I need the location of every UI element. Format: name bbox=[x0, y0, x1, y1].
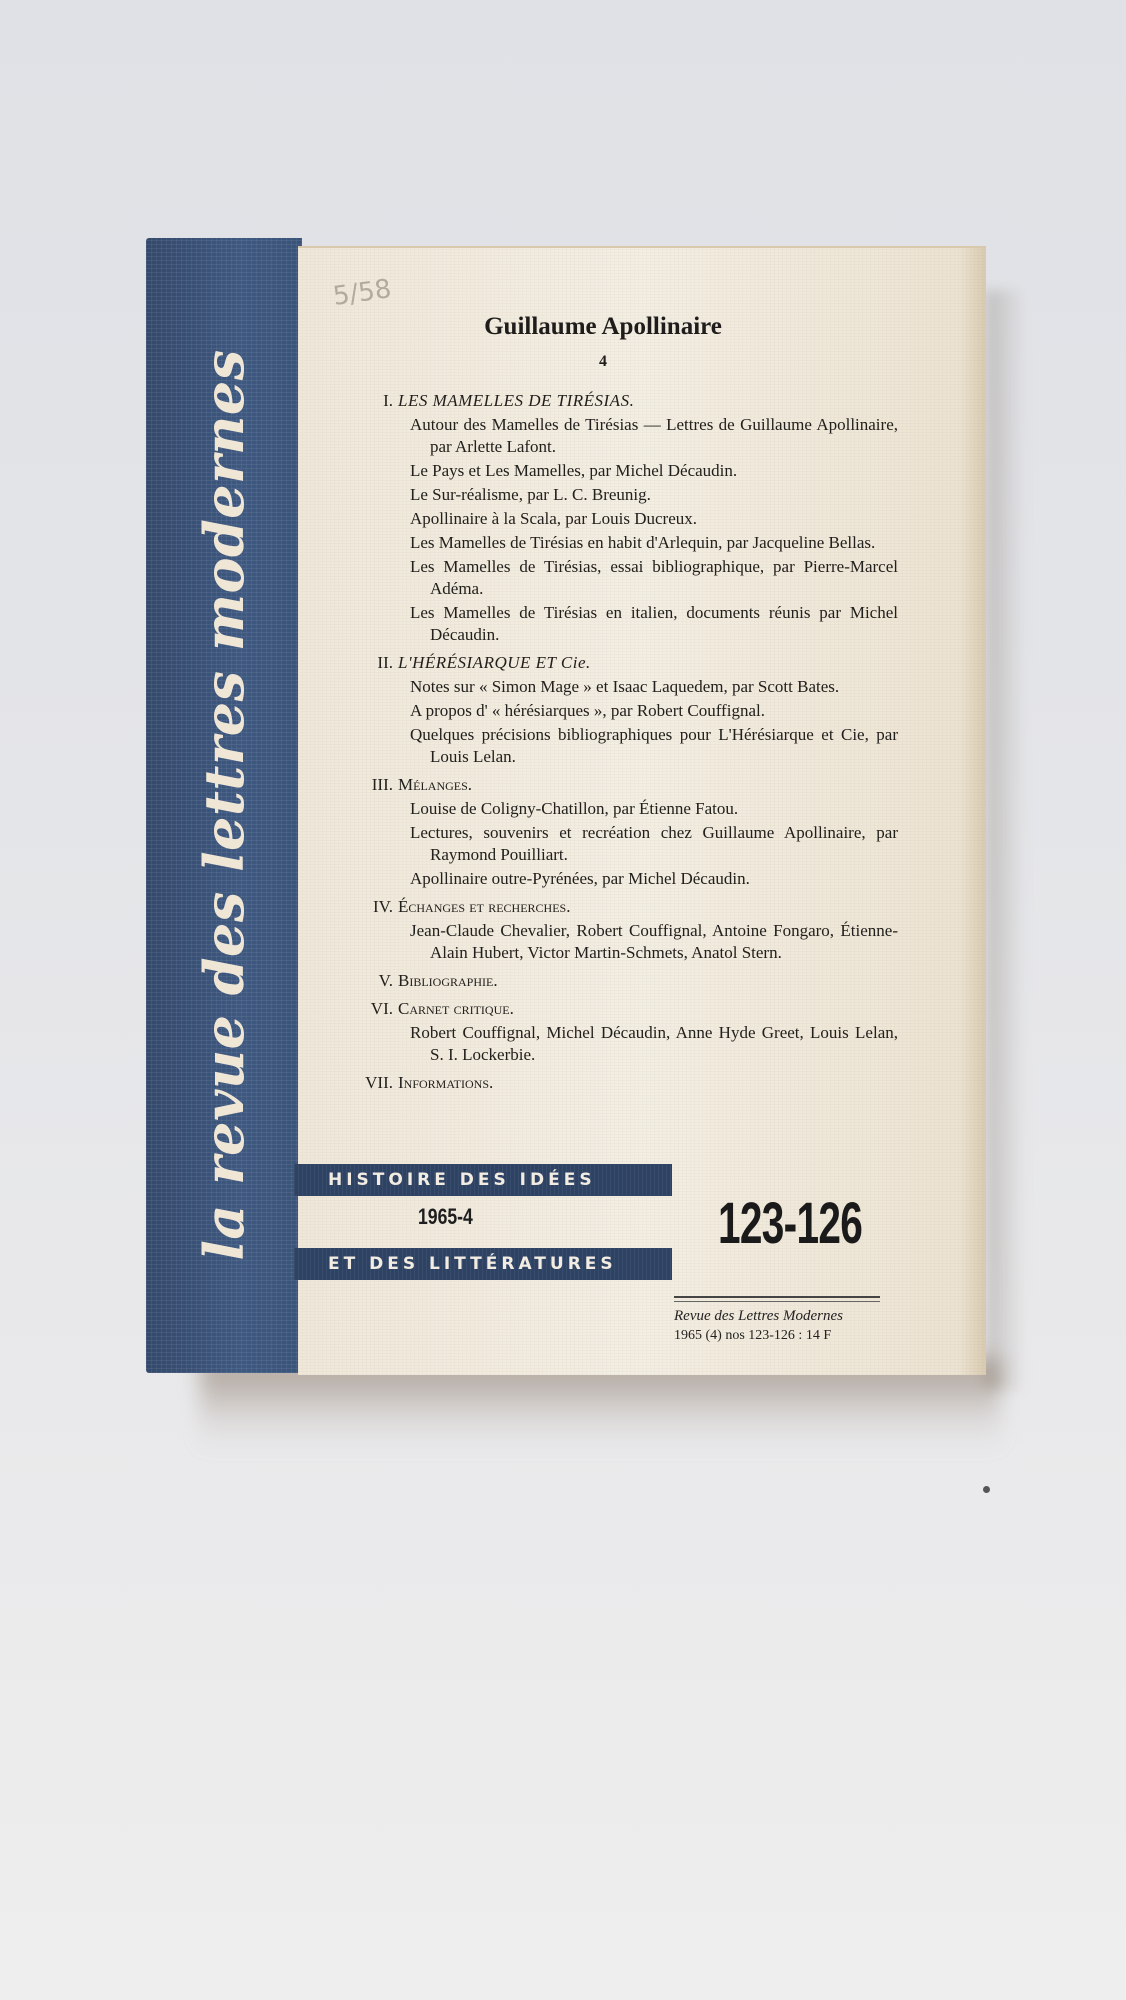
section-title: Carnet critique. bbox=[398, 999, 514, 1018]
section-title: Bibliographie. bbox=[398, 971, 498, 990]
toc-section-heading: I.LES MAMELLES DE TIRÉSIAS. bbox=[338, 390, 898, 412]
toc-entry: Les Mamelles de Tirésias, essai bibliogr… bbox=[410, 556, 898, 600]
section-number: VI. bbox=[338, 998, 393, 1020]
book: la revue des lettres modernes 5/58 Guill… bbox=[146, 238, 986, 1373]
toc-entry: Louise de Coligny-Chatillon, par Étienne… bbox=[410, 798, 898, 820]
toc-section: V.Bibliographie. bbox=[338, 970, 898, 992]
toc-entry: Les Mamelles de Tirésias en habit d'Arle… bbox=[410, 532, 898, 554]
section-title: L'HÉRÉSIARQUE ET Cie. bbox=[398, 653, 591, 672]
front-cover: 5/58 Guillaume Apollinaire 4 I.LES MAMEL… bbox=[298, 246, 986, 1375]
pencil-mark: 5/58 bbox=[331, 274, 393, 312]
journal-title: la revue des lettres modernes bbox=[192, 349, 256, 1260]
toc-entry: Le Sur-réalisme, par L. C. Breunig. bbox=[410, 484, 898, 506]
toc-section: I.LES MAMELLES DE TIRÉSIAS.Autour des Ma… bbox=[338, 390, 898, 646]
toc-section: II.L'HÉRÉSIARQUE ET Cie.Notes sur « Simo… bbox=[338, 652, 898, 768]
imprint-price: 1965 (4) nos 123-126 : 14 F bbox=[674, 1328, 831, 1344]
toc-section-heading: VI.Carnet critique. bbox=[338, 998, 898, 1020]
toc-section-heading: III.Mélanges. bbox=[338, 774, 898, 796]
toc-section-heading: II.L'HÉRÉSIARQUE ET Cie. bbox=[338, 652, 898, 674]
divider bbox=[674, 1296, 880, 1298]
toc-section: VII.Informations. bbox=[338, 1072, 898, 1094]
divider bbox=[674, 1301, 880, 1302]
toc-section-heading: VII.Informations. bbox=[338, 1072, 898, 1094]
toc-section: III.Mélanges.Louise de Coligny-Chatillon… bbox=[338, 774, 898, 890]
toc-entry: Apollinaire outre-Pyrénées, par Michel D… bbox=[410, 868, 898, 890]
toc-entry: Jean-Claude Chevalier, Robert Couffignal… bbox=[410, 920, 898, 964]
series-band-bottom: ET DES LITTÉRATURES bbox=[294, 1248, 672, 1280]
toc-entry: A propos d' « hérésiarques », par Robert… bbox=[410, 700, 898, 722]
section-number: V. bbox=[338, 970, 393, 992]
toc-entry: Notes sur « Simon Mage » et Isaac Laqued… bbox=[410, 676, 898, 698]
section-number: VII. bbox=[338, 1072, 393, 1094]
toc-entry: Le Pays et Les Mamelles, par Michel Déca… bbox=[410, 460, 898, 482]
section-title: Informations. bbox=[398, 1073, 493, 1092]
section-number: III. bbox=[338, 774, 393, 796]
book-shadow-right bbox=[985, 290, 1025, 1390]
toc-entry: Lectures, souvenirs et recréation chez G… bbox=[410, 822, 898, 866]
table-of-contents: I.LES MAMELLES DE TIRÉSIAS.Autour des Ma… bbox=[338, 384, 898, 1094]
series-band-top: HISTOIRE DES IDÉES bbox=[294, 1164, 672, 1196]
section-number: I. bbox=[338, 390, 393, 412]
section-title: LES MAMELLES DE TIRÉSIAS. bbox=[398, 391, 634, 410]
toc-section-heading: V.Bibliographie. bbox=[338, 970, 898, 992]
year-label: 1965-4 bbox=[418, 1204, 473, 1230]
toc-section-heading: IV.Échanges et recherches. bbox=[338, 896, 898, 918]
section-number: II. bbox=[338, 652, 393, 674]
toc-entry: Apollinaire à la Scala, par Louis Ducreu… bbox=[410, 508, 898, 530]
issue-number: 123-126 bbox=[718, 1190, 862, 1257]
volume-number: 4 bbox=[298, 353, 908, 371]
section-title: Échanges et recherches. bbox=[398, 897, 570, 916]
toc-entry: Quelques précisions bibliographiques pou… bbox=[410, 724, 898, 768]
issue-author: Guillaume Apollinaire bbox=[298, 313, 908, 341]
dust-speck bbox=[983, 1486, 990, 1493]
toc-entry: Les Mamelles de Tirésias en italien, doc… bbox=[410, 602, 898, 646]
toc-section: IV.Échanges et recherches.Jean-Claude Ch… bbox=[338, 896, 898, 964]
imprint-title: Revue des Lettres Modernes bbox=[674, 1308, 843, 1325]
section-number: IV. bbox=[338, 896, 393, 918]
toc-entry: Robert Couffignal, Michel Décaudin, Anne… bbox=[410, 1022, 898, 1066]
blue-spine-band: la revue des lettres modernes bbox=[146, 238, 302, 1373]
section-title: Mélanges. bbox=[398, 775, 472, 794]
toc-section: VI.Carnet critique.Robert Couffignal, Mi… bbox=[338, 998, 898, 1066]
toc-entry: Autour des Mamelles de Tirésias — Lettre… bbox=[410, 414, 898, 458]
